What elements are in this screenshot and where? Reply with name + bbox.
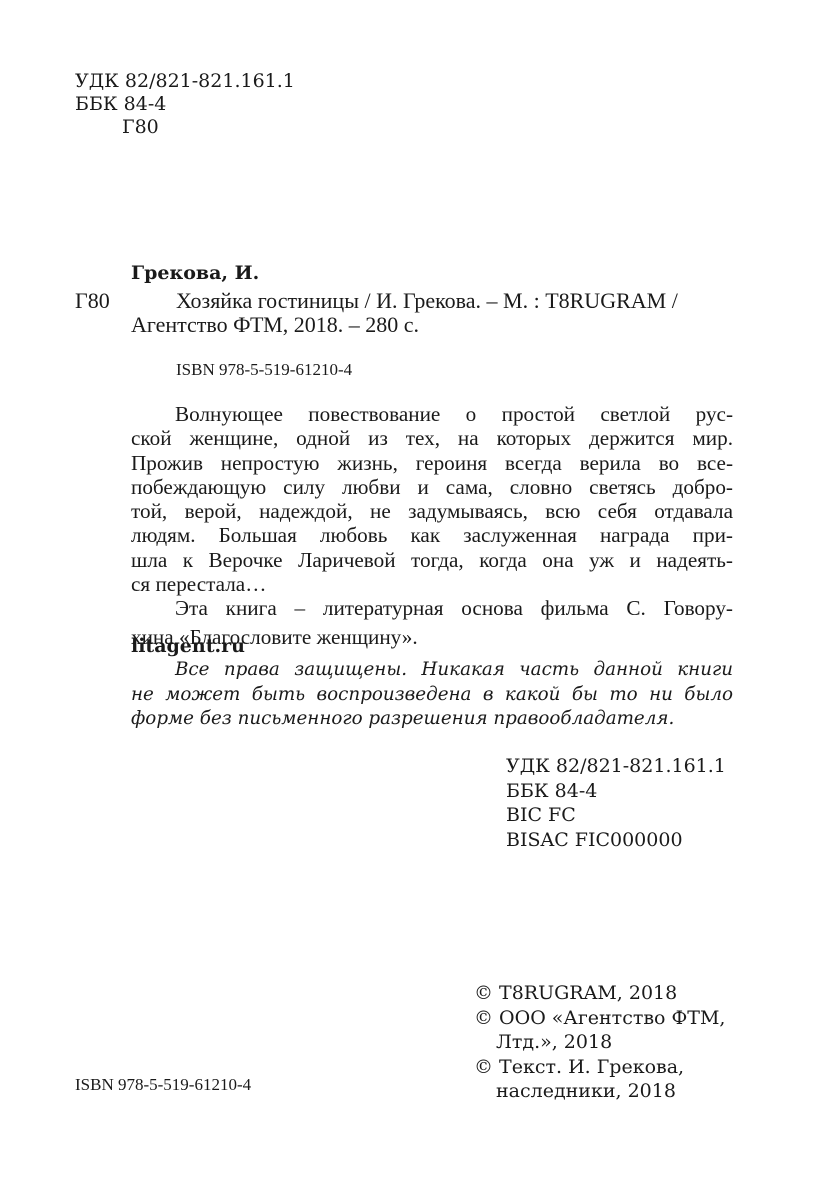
rights-line: Все права защищены. Никакая часть данной… [131, 658, 733, 683]
bib-author-mark: Г80 [75, 288, 110, 314]
udk-code: УДК 82/821-821.161.1 [506, 754, 726, 779]
bic-code: BIC FC [506, 803, 726, 828]
annotation-line: Волнующее повествование о простой светло… [131, 402, 733, 426]
annotation-line: Эта книга – литературная основа фильма С… [131, 596, 733, 620]
bib-title-line-1: Хозяйка гостиницы / И. Грекова. – М. : T… [176, 288, 733, 314]
copyright-line: © Текст. И. Грекова, [474, 1055, 725, 1080]
annotation-line: той, верой, надеждой, не задумываясь, вс… [131, 499, 733, 523]
copyright-line: Лтд.», 2018 [474, 1030, 725, 1055]
rights-notice: Все права защищены. Никакая часть данной… [131, 658, 733, 732]
rights-line: форме без письменного разрешения правооб… [131, 707, 733, 732]
annotation-line: ской женщине, одной из тех, на которых д… [131, 426, 733, 450]
rights-line: не может быть воспроизведена в какой бы … [131, 683, 733, 708]
top-bbk-code: ББК 84-4 [75, 93, 295, 116]
top-author-mark: Г80 [75, 116, 295, 139]
annotation: Волнующее повествование о простой светло… [131, 402, 733, 649]
bbk-code: ББК 84-4 [506, 779, 726, 804]
footer-isbn: ISBN 978-5-519-61210-4 [75, 1075, 251, 1095]
annotation-line: шла к Верочке Ларичевой тогда, когда она… [131, 548, 733, 572]
annotation-line: людям. Большая любовь как заслуженная на… [131, 523, 733, 547]
copyright-line: © ООО «Агентство ФТМ, [474, 1006, 725, 1031]
litagent-site: litagent.ru [131, 635, 245, 658]
annotation-line: побеждающую силу любви и сама, словно св… [131, 475, 733, 499]
copyright-line: наследники, 2018 [474, 1079, 725, 1104]
copyright-line: © T8RUGRAM, 2018 [474, 981, 725, 1006]
bisac-code: BISAC FIC000000 [506, 828, 726, 853]
bib-title-line-2: Агентство ФТМ, 2018. – 280 с. [131, 312, 419, 338]
author-heading: Грекова, И. [131, 262, 259, 285]
annotation-line: ся перестала… [131, 572, 733, 596]
top-classification-codes: УДК 82/821-821.161.1 ББК 84-4 Г80 [75, 70, 295, 139]
classification-codes: УДК 82/821-821.161.1 ББК 84-4 BIC FC BIS… [506, 754, 726, 852]
bib-isbn: ISBN 978-5-519-61210-4 [176, 360, 352, 380]
copyright-block: © T8RUGRAM, 2018 © ООО «Агентство ФТМ, Л… [474, 981, 725, 1104]
top-udk-code: УДК 82/821-821.161.1 [75, 70, 295, 93]
annotation-line: Прожив непростую жизнь, героиня всегда в… [131, 451, 733, 475]
